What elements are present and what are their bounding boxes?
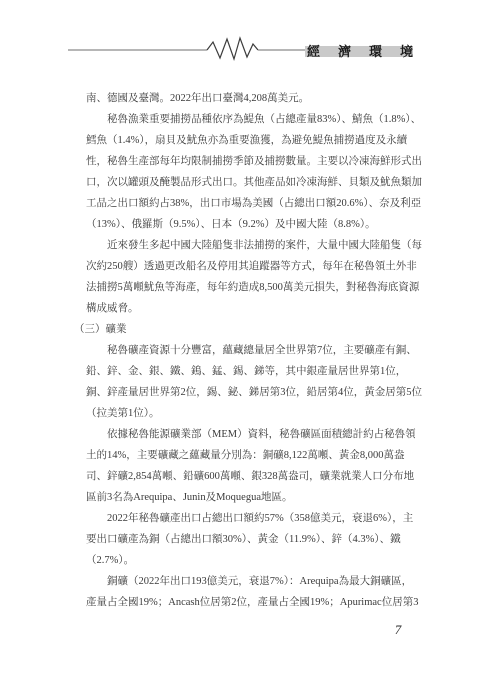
text-line: 產量占全國19%；Ancash位居第2位，產量占全國19%；Apurimac位居… <box>86 592 416 613</box>
text-line: 鱈魚（1.4%），扇貝及魷魚亦為重要漁獲，為避免鯷魚捕撈過度及永續 <box>86 130 416 151</box>
text-line: 法捕撈5萬噸魷魚等海產，每年約造成8,500萬美元損失，對秘魯海底資源 <box>86 277 416 298</box>
text-line: 秘魯漁業重要捕撈品種依序為鯷魚（占總產量83%）、鯖魚（1.8%）、 <box>86 109 416 130</box>
text-line: 構成威脅。 <box>86 298 416 319</box>
section-heading: （三）礦業 <box>74 319 416 340</box>
body-text: 南、德國及臺灣。2022年出口臺灣4,208萬美元。秘魯漁業重要捕撈品種依序為鯷… <box>86 88 416 613</box>
text-line: 近來發生多起中國大陸船隻非法捕撈的案件，大量中國大陸船隻（每 <box>86 235 416 256</box>
text-line: 區前3名為Arequipa、Junin及Moquegua地區。 <box>86 487 416 508</box>
text-line: 南、德國及臺灣。2022年出口臺灣4,208萬美元。 <box>86 88 416 109</box>
text-line: （13%）、俄羅斯（9.5%）、日本（9.2%）及中國大陸（8.8%）。 <box>86 214 416 235</box>
text-line: 土的14%，主要礦藏之蘊藏量分別為：銅礦8,122萬噸、黃金8,000萬盎 <box>86 445 416 466</box>
text-line: 司、鋅礦2,854萬噸、鉛礦600萬噸、銀328萬盎司，礦業就業人口分布地 <box>86 466 416 487</box>
text-line: 秘魯礦產資源十分豐富，蘊藏總量居全世界第7位，主要礦產有銅、 <box>86 340 416 361</box>
text-line: 性，秘魯生產部每年均限制捕撈季節及捕撈數量。主要以冷凍海鮮形式出 <box>86 151 416 172</box>
text-line: 工品之出口額約占38%，出口市場為美國（占總出口額20.6%）、奈及利亞 <box>86 193 416 214</box>
text-line: 次約250艘）透過更改船名及停用其追蹤器等方式，每年在秘魯領土外非 <box>86 256 416 277</box>
page-number: 7 <box>388 622 408 638</box>
text-line: （2.7%）。 <box>86 550 416 571</box>
text-line: 銅礦（2022年出口193億美元，衰退7%）：Arequipa為最大銅礦區， <box>86 571 416 592</box>
text-line: 2022年秘魯礦產出口占總出口額約57%（358億美元，衰退6%），主 <box>86 508 416 529</box>
text-line: 口，次以罐頭及醃製品形式出口。其他產品如冷凍海鮮、貝類及魷魚類加 <box>86 172 416 193</box>
text-line: 銅、鋅產量居世界第2位，錫、鉍、銻居第3位，鉛居第4位，黃金居第5位 <box>86 382 416 403</box>
document-page: { "document": { "header": { "title": "經濟… <box>0 0 480 679</box>
heartbeat-divider-icon <box>68 34 312 66</box>
page-header: 經濟環境 <box>0 0 480 70</box>
text-line: 依據秘魯能源礦業部（MEM）資料，秘魯礦區面積總計約占秘魯領 <box>86 424 416 445</box>
text-line: 鉛、鋅、金、銀、鐵、鎢、錳、錫、銻等，其中銀產量居世界第1位， <box>86 361 416 382</box>
page-title: 經濟環境 <box>307 41 427 60</box>
text-line: 要出口礦產為銅（占總出口額30%）、黃金（11.9%）、鋅（4.3%）、鐵 <box>86 529 416 550</box>
text-line: （拉美第1位）。 <box>86 403 416 424</box>
